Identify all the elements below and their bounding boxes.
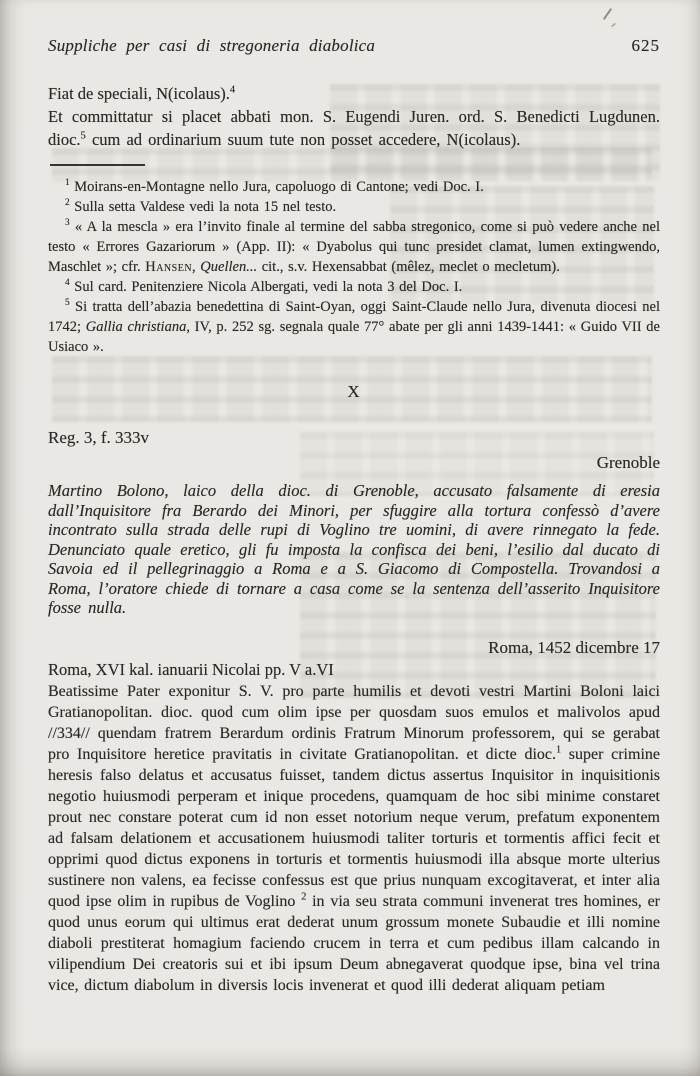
footnote-4: 4 Sul card. Penitenziere Nicola Albergat… — [48, 277, 660, 297]
running-header-title: Suppliche per casi di stregoneria diabol… — [48, 36, 375, 56]
register-reference: Reg. 3, f. 333v — [48, 427, 660, 449]
document-number-heading: X — [48, 381, 660, 403]
footnotes-block: 1 Moirans-en-Montagne nello Jura, capolu… — [48, 177, 660, 357]
footnote-2: 2 Sulla setta Valdese vedi la nota 15 ne… — [48, 197, 660, 217]
footnote-3: 3 « A la mescla » era l’invito finale al… — [48, 217, 660, 277]
footnote-1: 1 Moirans-en-Montagne nello Jura, capolu… — [48, 177, 660, 197]
document-datation-line: Roma, XVI kal. ianuarii Nicolai pp. V a.… — [48, 659, 660, 681]
running-header: Suppliche per casi di stregoneria diabol… — [48, 36, 660, 56]
document-summary: Martino Bolono, laico della dioc. di Gre… — [48, 481, 660, 618]
scanned-book-page: Suppliche per casi di stregoneria diabol… — [0, 0, 700, 1076]
footnote-separator-rule — [50, 164, 145, 166]
footnote-5: 5 Si tratta dell’abazia benedettina di S… — [48, 297, 660, 357]
decision-line-committatur: Et committatur si placet abbati mon. S. … — [48, 105, 660, 151]
papal-decision-block: Fiat de speciali, N(icolaus).4 Et commit… — [48, 82, 660, 151]
page-number: 625 — [632, 36, 661, 56]
document-dateline: Roma, 1452 dicembre 17 — [48, 637, 660, 659]
page-content: Suppliche per casi di stregoneria diabol… — [0, 0, 700, 996]
place-name: Grenoble — [48, 452, 660, 474]
document-body: Beatissime Pater exponitur S. V. pro par… — [48, 681, 660, 996]
decision-line-fiat: Fiat de speciali, N(icolaus).4 — [48, 82, 660, 105]
